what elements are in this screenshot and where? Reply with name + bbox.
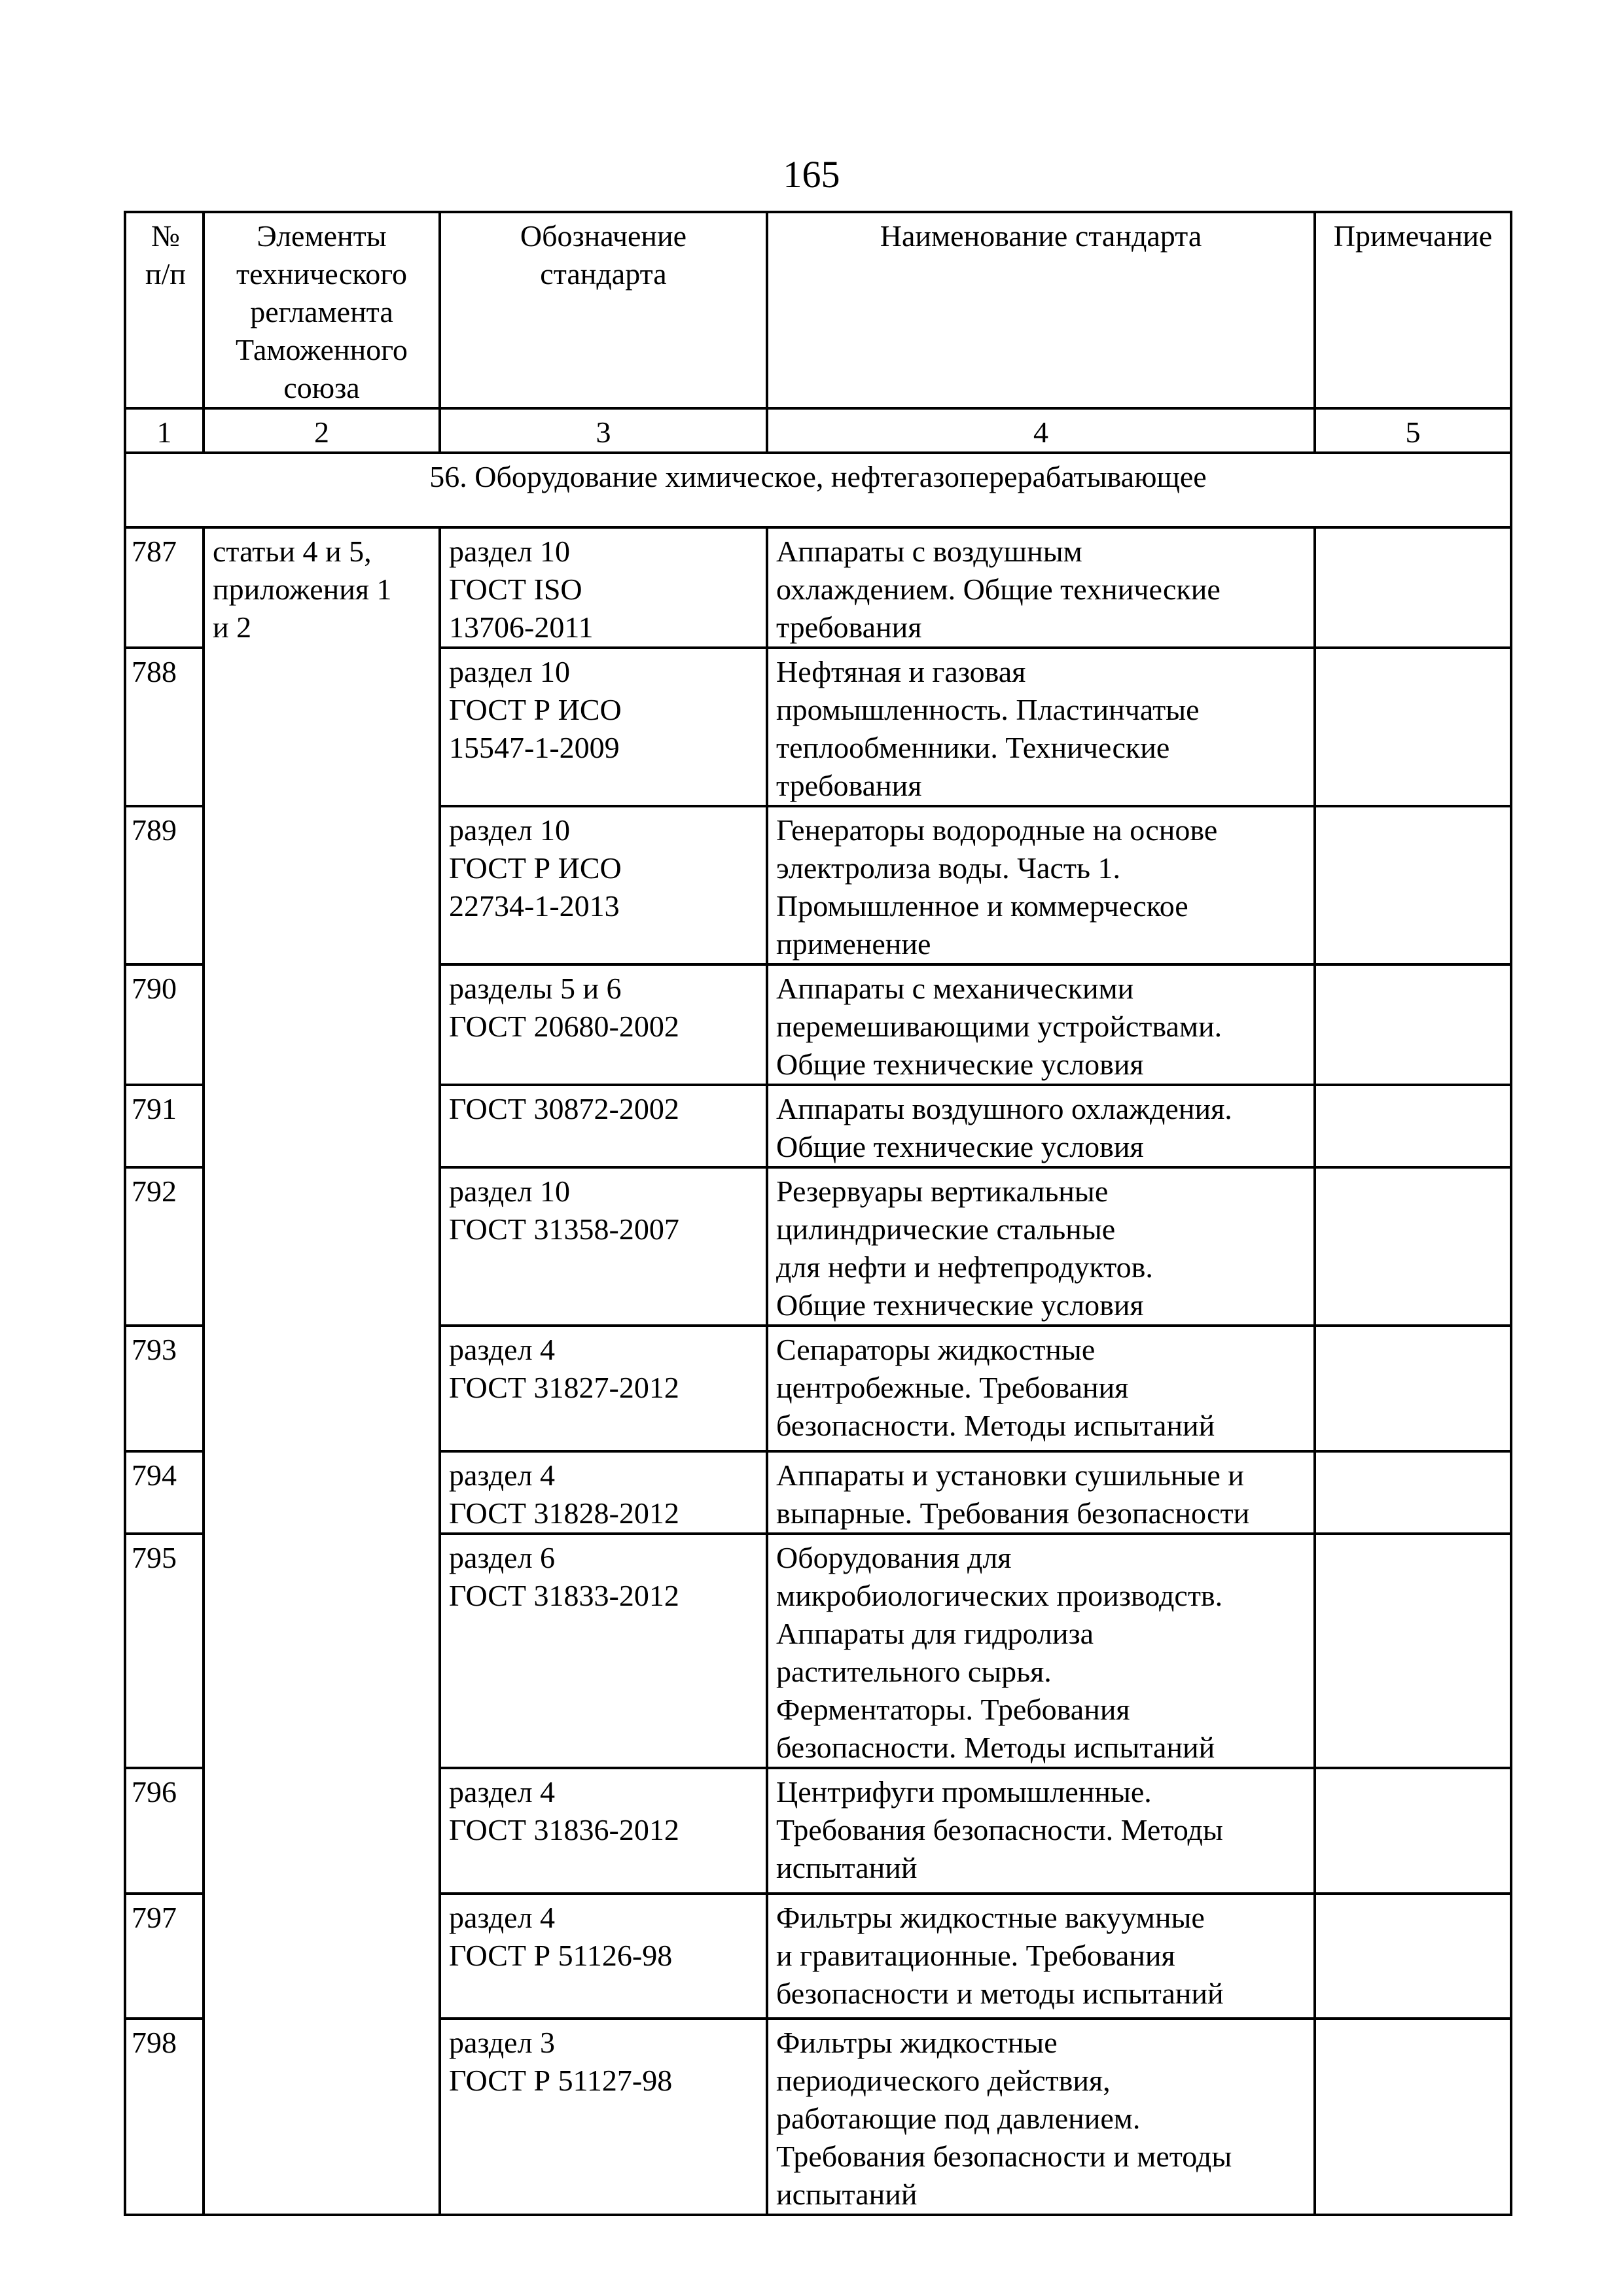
section-title: 56. Оборудование химическое, нефтегазопе… — [125, 453, 1511, 527]
row-number: 796 — [125, 1768, 204, 1894]
standard-note — [1315, 1451, 1511, 1534]
row-number: 792 — [125, 1167, 204, 1326]
standard-name: Сепараторы жидкостные центробежные. Треб… — [767, 1326, 1315, 1451]
standard-designation: раздел 3 ГОСТ Р 51127-98 — [440, 2019, 767, 2215]
header-designation: Обозначение стандарта — [440, 212, 767, 408]
column-number-2: 2 — [204, 408, 440, 453]
standard-note — [1315, 1534, 1511, 1768]
standard-name: Аппараты с механическими перемешивающими… — [767, 964, 1315, 1085]
standard-name: Фильтры жидкостные периодического действ… — [767, 2019, 1315, 2215]
standard-note — [1315, 1085, 1511, 1167]
standards-table: № п/п Элементы технического регламента Т… — [124, 211, 1512, 2216]
page-number: 165 — [0, 152, 1623, 198]
standard-note — [1315, 1167, 1511, 1326]
standard-note — [1315, 648, 1511, 806]
section-row: 56. Оборудование химическое, нефтегазопе… — [125, 453, 1511, 527]
standard-designation: раздел 6 ГОСТ 31833-2012 — [440, 1534, 767, 1768]
standard-note — [1315, 1894, 1511, 2019]
header-note: Примечание — [1315, 212, 1511, 408]
standard-name: Аппараты воздушного охлаждения. Общие те… — [767, 1085, 1315, 1167]
row-number: 787 — [125, 527, 204, 648]
row-number: 789 — [125, 806, 204, 964]
row-number: 791 — [125, 1085, 204, 1167]
standard-name: Оборудования для микробиологических прои… — [767, 1534, 1315, 1768]
regulation-elements: статьи 4 и 5, приложения 1 и 2 — [204, 527, 440, 2215]
table-row: 787статьи 4 и 5, приложения 1 и 2раздел … — [125, 527, 1511, 648]
standard-designation: ГОСТ 30872-2002 — [440, 1085, 767, 1167]
column-number-5: 5 — [1315, 408, 1511, 453]
row-number: 788 — [125, 648, 204, 806]
row-number: 793 — [125, 1326, 204, 1451]
standard-designation: раздел 4 ГОСТ 31827-2012 — [440, 1326, 767, 1451]
row-number: 790 — [125, 964, 204, 1085]
row-number: 794 — [125, 1451, 204, 1534]
standard-note — [1315, 806, 1511, 964]
standard-name: Центрифуги промышленные. Требования безо… — [767, 1768, 1315, 1894]
standard-name: Аппараты и установки сушильные и выпарны… — [767, 1451, 1315, 1534]
standard-name: Нефтяная и газовая промышленность. Пласт… — [767, 648, 1315, 806]
standard-designation: раздел 10 ГОСТ Р ИСО 15547-1-2009 — [440, 648, 767, 806]
standard-name: Фильтры жидкостные вакуумные и гравитаци… — [767, 1894, 1315, 2019]
standard-note — [1315, 2019, 1511, 2215]
column-number-4: 4 — [767, 408, 1315, 453]
standard-name: Аппараты с воздушным охлаждением. Общие … — [767, 527, 1315, 648]
standard-designation: раздел 10 ГОСТ Р ИСО 22734-1-2013 — [440, 806, 767, 964]
header-name: Наименование стандарта — [767, 212, 1315, 408]
header-number: № п/п — [125, 212, 204, 408]
standard-note — [1315, 964, 1511, 1085]
column-numbers-row: 1 2 3 4 5 — [125, 408, 1511, 453]
standard-designation: раздел 4 ГОСТ 31828-2012 — [440, 1451, 767, 1534]
standard-name: Генераторы водородные на основе электрол… — [767, 806, 1315, 964]
standard-name: Резервуары вертикальные цилиндрические с… — [767, 1167, 1315, 1326]
header-elements: Элементы технического регламента Таможен… — [204, 212, 440, 408]
column-number-1: 1 — [125, 408, 204, 453]
standard-designation: раздел 4 ГОСТ Р 51126-98 — [440, 1894, 767, 2019]
row-number: 797 — [125, 1894, 204, 2019]
standard-designation: раздел 10 ГОСТ ISO 13706-2011 — [440, 527, 767, 648]
standard-designation: раздел 10 ГОСТ 31358-2007 — [440, 1167, 767, 1326]
standard-note — [1315, 527, 1511, 648]
row-number: 795 — [125, 1534, 204, 1768]
standard-note — [1315, 1768, 1511, 1894]
standard-designation: разделы 5 и 6 ГОСТ 20680-2002 — [440, 964, 767, 1085]
header-row: № п/п Элементы технического регламента Т… — [125, 212, 1511, 408]
standard-note — [1315, 1326, 1511, 1451]
row-number: 798 — [125, 2019, 204, 2215]
column-number-3: 3 — [440, 408, 767, 453]
standard-designation: раздел 4 ГОСТ 31836-2012 — [440, 1768, 767, 1894]
